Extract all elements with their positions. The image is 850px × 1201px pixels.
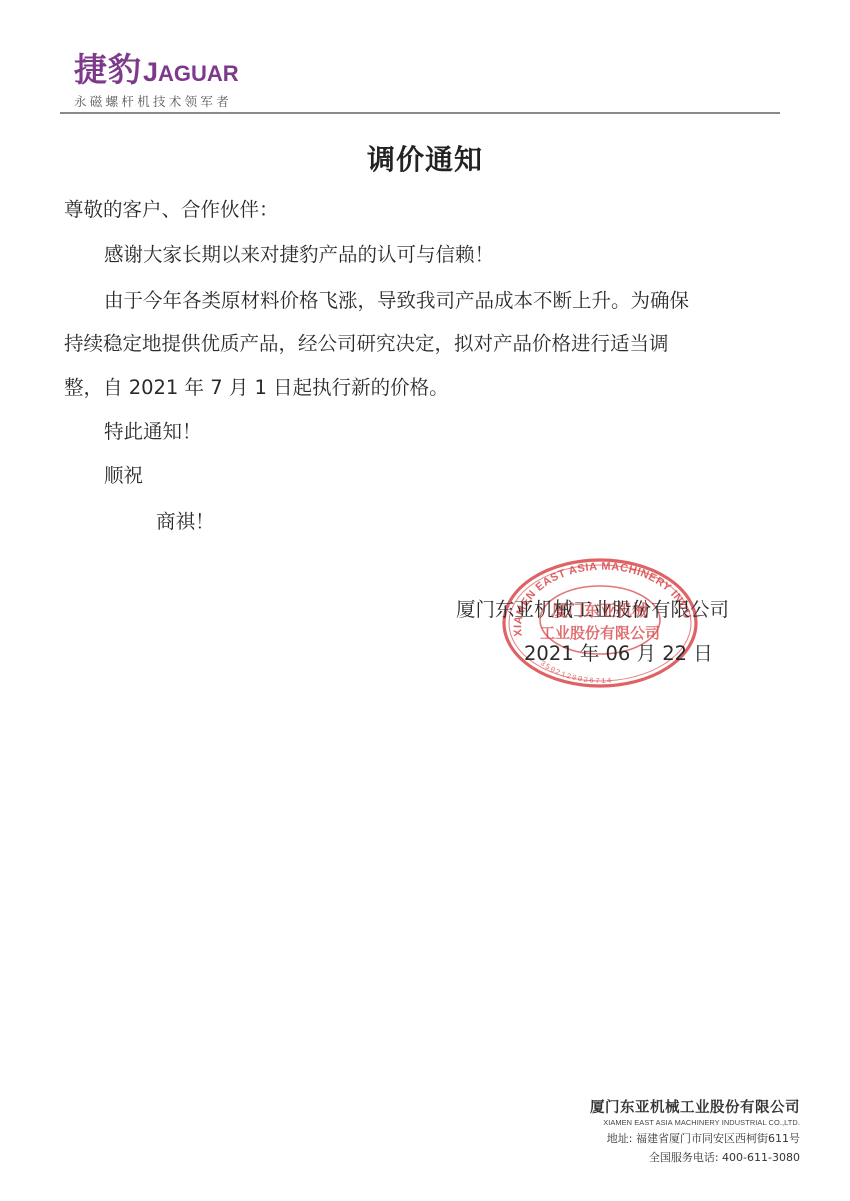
footer-contact: 厦门东亚机械工业股份有限公司 XIAMEN EAST ASIA MACHINER… — [590, 1096, 800, 1165]
footer-company-cn: 厦门东亚机械工业股份有限公司 — [590, 1096, 800, 1117]
salutation: 尊敬的客户、合作伙伴： — [64, 194, 279, 222]
company-logo: 捷豹 JAGUAR 永磁螺杆机技术领军者 — [74, 44, 239, 110]
company-seal-stamp: XIAMEN EAST ASIA MACHINERY INDUSTRIAL CO… — [500, 556, 700, 690]
closing-notice: 特此通知！ — [104, 416, 202, 444]
paragraph-body-line-2: 持续稳定地提供优质产品，经公司研究决定，拟对产品价格进行适当调 — [64, 328, 669, 356]
signature-company: 厦门东亚机械工业股份有限公司 — [456, 594, 729, 622]
signature-date: 2021 年 06 月 22 日 — [524, 638, 713, 666]
regards: 顺祝 — [104, 460, 143, 488]
footer-company-en: XIAMEN EAST ASIA MACHINERY INDUSTRIAL CO… — [590, 1118, 800, 1127]
logo-en-text: JAGUAR — [143, 57, 239, 88]
logo-cn-text: 捷豹 — [74, 44, 142, 91]
logo-wordmark: 捷豹 JAGUAR — [74, 44, 239, 91]
paragraph-thanks: 感谢大家长期以来对捷豹产品的认可与信赖！ — [104, 239, 494, 267]
header-divider — [60, 112, 780, 114]
regards-2: 商祺！ — [156, 506, 215, 534]
footer-address: 地址: 福建省厦门市同安区西柯街611号 — [590, 1130, 800, 1146]
logo-tagline: 永磁螺杆机技术领军者 — [74, 92, 239, 110]
footer-phone: 全国服务电话: 400-611-3080 — [590, 1149, 800, 1165]
paragraph-body-line-3: 整，自 2021 年 7 月 1 日起执行新的价格。 — [64, 372, 449, 400]
document-title: 调价通知 — [0, 138, 850, 178]
paragraph-body-line-1: 由于今年各类原材料价格飞涨，导致我司产品成本不断上升。为确保 — [104, 285, 689, 313]
